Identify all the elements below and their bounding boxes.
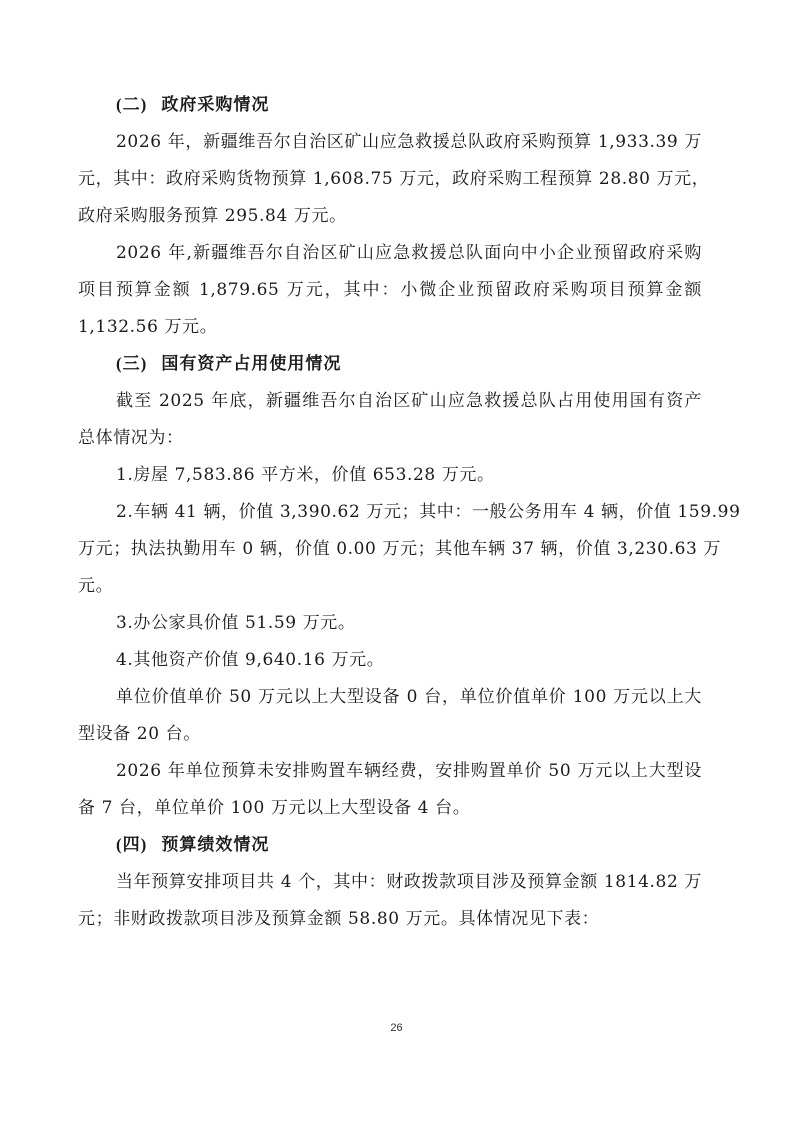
paragraph-line: 单位价值单价 50 万元以上大型设备 0 台，单位价值单价 100 万元以上大 [116,686,702,708]
section-number: (四) [116,835,147,854]
paragraph-line: 2026 年单位预算未安排购置车辆经费，安排购置单价 50 万元以上大型设 [116,760,702,782]
paragraph-line: 政府采购服务预算 295.84 万元。 [78,205,702,227]
paragraph-line: 项目预算金额 1,879.65 万元，其中：小微企业预留政府采购项目预算金额 [78,279,702,301]
section-title: 政府采购情况 [161,95,269,115]
document-page: (二)政府采购情况 2026 年，新疆维吾尔自治区矿山应急救援总队政府采购预算 … [0,0,793,1122]
section-number: (三) [116,354,147,373]
paragraph-line: 当年预算安排项目共 4 个，其中：财政拨款项目涉及预算金额 1814.82 万 [116,871,702,893]
section-heading-performance: (四)预算绩效情况 [116,834,269,856]
page-number: 26 [0,1022,793,1034]
paragraph-line: 元；非财政拨款项目涉及预算金额 58.80 万元。具体情况见下表： [78,908,702,930]
asset-item-furniture: 3.办公家具价值 51.59 万元。 [116,612,702,634]
section-heading-procurement: (二)政府采购情况 [116,94,269,116]
paragraph-line: 截至 2025 年底，新疆维吾尔自治区矿山应急救援总队占用使用国有资产 [116,390,702,412]
asset-item-other: 4.其他资产价值 9,640.16 万元。 [116,649,702,671]
paragraph-line: 总体情况为： [78,427,702,449]
section-title: 国有资产占用使用情况 [161,354,341,374]
paragraph-line: 万元；执法执勤用车 0 辆，价值 0.00 万元；其他车辆 37 辆，价值 3,… [78,538,702,560]
paragraph-line: 1,132.56 万元。 [78,316,702,338]
paragraph-line: 2026 年,新疆维吾尔自治区矿山应急救援总队面向中小企业预留政府采购 [116,242,702,264]
paragraph-line: 型设备 20 台。 [78,723,702,745]
asset-item-vehicles: 2.车辆 41 辆，价值 3,390.62 万元；其中：一般公务用车 4 辆，价… [116,501,702,523]
paragraph-line: 2026 年，新疆维吾尔自治区矿山应急救援总队政府采购预算 1,933.39 万 [116,131,702,153]
section-title: 预算绩效情况 [161,835,269,855]
paragraph-line: 备 7 台，单位单价 100 万元以上大型设备 4 台。 [78,797,702,819]
paragraph-line: 元，其中：政府采购货物预算 1,608.75 万元，政府采购工程预算 28.80… [78,168,702,190]
section-heading-assets: (三)国有资产占用使用情况 [116,353,341,375]
section-number: (二) [116,95,147,114]
asset-item-housing: 1.房屋 7,583.86 平方米，价值 653.28 万元。 [116,464,702,486]
paragraph-line: 元。 [78,575,702,597]
